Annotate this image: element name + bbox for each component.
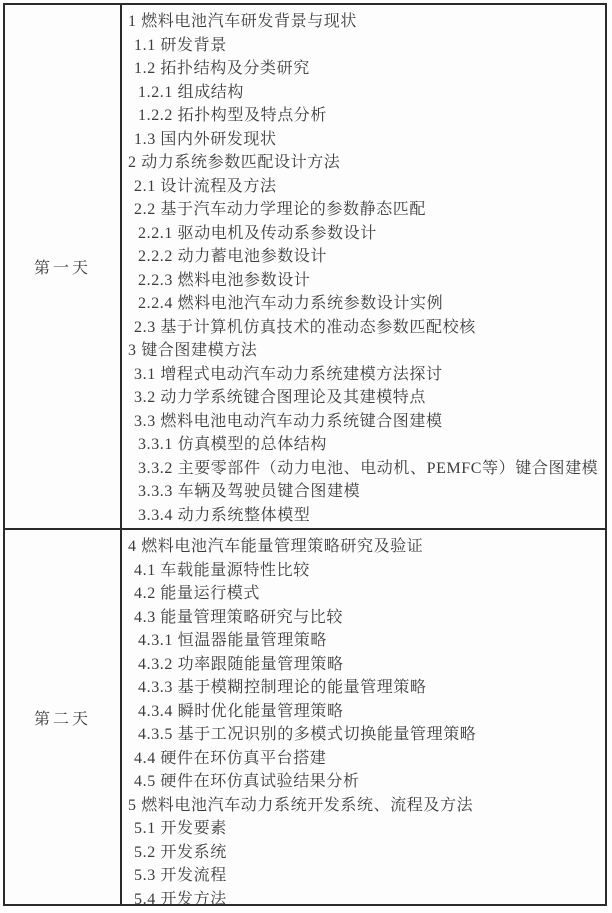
- outline-item: 4.3 能量管理策略研究与比较: [128, 606, 601, 630]
- outline-item: 1.3 国内外研发现状: [128, 128, 601, 152]
- outline-item: 3.3.1 仿真模型的总体结构: [128, 433, 601, 457]
- outline-item: 2 动力系统参数匹配设计方法: [128, 151, 601, 175]
- table-row: 第一天 1 燃料电池汽车研发背景与现状1.1 研发背景1.2 拓扑结构及分类研究…: [5, 5, 605, 530]
- day-label: 第二天: [34, 706, 91, 729]
- table-row: 第二天 4 燃料电池汽车能量管理策略研究及验证4.1 车载能量源特性比较4.2 …: [5, 530, 605, 904]
- schedule-table: 第一天 1 燃料电池汽车研发背景与现状1.1 研发背景1.2 拓扑结构及分类研究…: [3, 3, 607, 906]
- outline-item: 4.1 车载能量源特性比较: [128, 559, 601, 583]
- outline-item: 2.2 基于汽车动力学理论的参数静态匹配: [128, 198, 601, 222]
- outline-item: 1.2.2 拓扑构型及特点分析: [128, 104, 601, 128]
- outline-item: 2.2.2 动力蓄电池参数设计: [128, 245, 601, 269]
- document-page: 第一天 1 燃料电池汽车研发背景与现状1.1 研发背景1.2 拓扑结构及分类研究…: [0, 0, 612, 913]
- outline-item: 3.2 动力学系统键合图理论及其建模特点: [128, 386, 601, 410]
- outline-item: 3 键合图建模方法: [128, 339, 601, 363]
- outline-item: 1.1 研发背景: [128, 34, 601, 58]
- outline-item: 4.3.1 恒温器能量管理策略: [128, 629, 601, 653]
- outline-cell: 1 燃料电池汽车研发背景与现状1.1 研发背景1.2 拓扑结构及分类研究1.2.…: [122, 5, 605, 528]
- outline-item: 4.3.2 功率跟随能量管理策略: [128, 653, 601, 677]
- day-cell: 第二天: [5, 530, 122, 904]
- outline-item: 1 燃料电池汽车研发背景与现状: [128, 10, 601, 34]
- day-cell: 第一天: [5, 5, 122, 528]
- outline-item: 2.3 基于计算机仿真技术的准动态参数匹配校核: [128, 316, 601, 340]
- outline-item: 4.3.3 基于模糊控制理论的能量管理策略: [128, 676, 601, 700]
- outline-item: 1.2.1 组成结构: [128, 81, 601, 105]
- outline-item: 2.2.4 燃料电池汽车动力系统参数设计实例: [128, 292, 601, 316]
- outline-item: 5.1 开发要素: [128, 817, 601, 841]
- outline-item: 3.3 燃料电池电动汽车动力系统键合图建模: [128, 410, 601, 434]
- outline-item: 4.4 硬件在环仿真平台搭建: [128, 747, 601, 771]
- outline-item: 4.3.4 瞬时优化能量管理策略: [128, 700, 601, 724]
- outline-item: 3.3.2 主要零部件（动力电池、电动机、PEMFC等）键合图建模: [128, 457, 601, 481]
- outline-item: 5.2 开发系统: [128, 841, 601, 865]
- outline-item: 4.2 能量运行模式: [128, 582, 601, 606]
- outline-item: 5.3 开发流程: [128, 864, 601, 888]
- outline-item: 4.3.5 基于工况识别的多模式切换能量管理策略: [128, 723, 601, 747]
- outline-item: 3.1 增程式电动汽车动力系统建模方法探讨: [128, 363, 601, 387]
- outline-item: 4 燃料电池汽车能量管理策略研究及验证: [128, 535, 601, 559]
- outline-item: 3.3.3 车辆及驾驶员键合图建模: [128, 480, 601, 504]
- outline-item: 2.1 设计流程及方法: [128, 175, 601, 199]
- outline-item: 5 燃料电池汽车动力系统开发系统、流程及方法: [128, 794, 601, 818]
- outline-item: 2.2.1 驱动电机及传动系参数设计: [128, 222, 601, 246]
- outline-cell: 4 燃料电池汽车能量管理策略研究及验证4.1 车载能量源特性比较4.2 能量运行…: [122, 530, 605, 904]
- day-label: 第一天: [34, 255, 91, 278]
- outline-item: 2.2.3 燃料电池参数设计: [128, 269, 601, 293]
- outline-item: 3.3.4 动力系统整体模型: [128, 504, 601, 528]
- outline-item: 1.2 拓扑结构及分类研究: [128, 57, 601, 81]
- outline-item: 4.5 硬件在环仿真试验结果分析: [128, 770, 601, 794]
- outline-item: 5.4 开发方法: [128, 888, 601, 905]
